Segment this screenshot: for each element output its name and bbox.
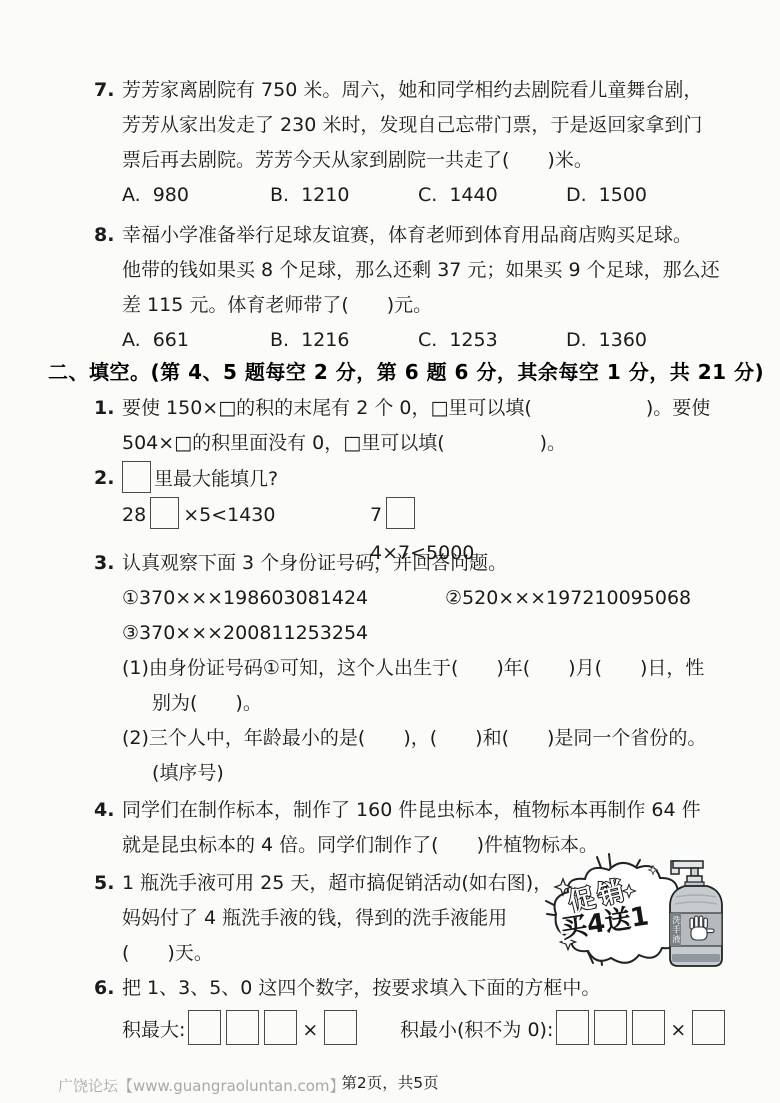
fill-question-1: 1. 要使 150×□的积的末尾有 2 个 0，□里可以填( )。要使 504×… (122, 391, 710, 461)
fill-q3-intro: 认真观察下面 3 个身份证号码，并回答问题。 (122, 546, 706, 581)
question-8-number: 8. (94, 218, 114, 253)
fill-question-3-number: 3. (94, 546, 114, 581)
q7-option-c: C.1440 (418, 178, 566, 213)
q7-option-d-value: 1500 (599, 184, 647, 206)
bottle-label-text: 洗手液 (671, 915, 681, 944)
soap-bottle-icon: 洗手液 (670, 861, 722, 966)
fill-question-6: 6. 把 1、3、5、0 这四个数字，按要求填入下面的方框中。 积最大:× 积最… (122, 971, 600, 1051)
fill-question-3: 3. 认真观察下面 3 个身份证号码，并回答问题。 ①370×××1986030… (122, 546, 706, 791)
fill-q3-id-row: ①370×××198603081424 ②520×××197210095068 (122, 581, 706, 616)
blank-box (386, 497, 415, 529)
pump-arm (673, 861, 703, 868)
q8-option-d-label: D. (566, 329, 587, 351)
fill-question-5: 5. 1 瓶洗手液可用 25 天，超市搞促销活动(如右图)， 妈妈付了 4 瓶洗… (122, 866, 552, 971)
times-sign: × (302, 1009, 318, 1051)
q8-option-b: B.1216 (270, 323, 418, 358)
blank-box (264, 1010, 297, 1045)
q7-option-d-label: D. (566, 184, 587, 206)
fill-q3-sub2-line2: (填序号) (122, 756, 706, 791)
q8-option-d-value: 1360 (599, 329, 647, 351)
fill-q2-prompt-text: 里最大能填几? (154, 468, 278, 490)
blank-box (632, 1010, 665, 1045)
q8-option-b-label: B. (270, 329, 289, 351)
fill-q1-line-2: 504×□的积里面没有 0，□里可以填( )。 (122, 426, 710, 461)
fill-question-1-number: 1. (94, 391, 114, 426)
question-7-options: A.980 B.1210 C.1440 D.1500 (122, 178, 714, 213)
id-number-3: ③370×××200811253254 (122, 616, 706, 651)
q7-option-b-value: 1210 (301, 184, 349, 206)
q7-option-b: B.1210 (270, 178, 418, 213)
q7-option-a-label: A. (122, 184, 141, 206)
page-number: 第2页，共5页 (0, 1071, 780, 1093)
q8-option-a-value: 661 (153, 329, 189, 351)
blank-box (594, 1010, 627, 1045)
blank-box (150, 497, 179, 529)
question-8-options: A.661 B.1216 C.1253 D.1360 (122, 323, 720, 358)
fill-question-2-number: 2. (94, 461, 114, 496)
fill-q2-expression-1: 28×5<1430 (122, 504, 275, 526)
fill-q4-line-1: 同学们在制作标本，制作了 160 件昆虫标本，植物标本再制作 64 件 (122, 793, 701, 828)
fill-q5-line-1: 1 瓶洗手液可用 25 天，超市搞促销活动(如右图)， (122, 866, 552, 901)
q8-option-c-label: C. (418, 329, 437, 351)
expr1-prefix: 28 (122, 504, 146, 526)
expr1-suffix: ×5<1430 (183, 504, 275, 526)
q7-option-c-label: C. (418, 184, 437, 206)
expr2-prefix: 7 (370, 504, 382, 526)
q8-option-d: D.1360 (566, 323, 714, 358)
blank-box (692, 1010, 725, 1045)
blank-box (122, 461, 151, 493)
q8-option-a: A.661 (122, 323, 270, 358)
question-7-line-2: 芳芳从家出发走了 230 米时，发现自己忘带门票，于是返回家拿到门 (122, 108, 714, 143)
max-product-label: 积最大: (122, 1019, 185, 1041)
q8-option-c-value: 1253 (449, 329, 497, 351)
fill-q6-box-row: 积最大:× 积最小(积不为 0):× (122, 1009, 600, 1051)
min-product-label: 积最小(积不为 0): (400, 1019, 553, 1041)
fill-q5-line-3: ( )天。 (122, 936, 552, 971)
fill-q6-min-group: 积最小(积不为 0):× (400, 1009, 727, 1051)
question-8: 8. 幸福小学准备举行足球友谊赛，体育老师到体育用品商店购买足球。 他带的钱如果… (122, 218, 720, 358)
fill-q6-max-group: 积最大:× (122, 1009, 359, 1051)
fill-q1-line-1: 要使 150×□的积的末尾有 2 个 0，□里可以填( )。要使 (122, 391, 710, 426)
blank-box (556, 1010, 589, 1045)
question-8-line-2: 他带的钱如果买 8 个足球，那么还剩 37 元；如果买 9 个足球，那么还 (122, 253, 720, 288)
q8-option-a-label: A. (122, 329, 141, 351)
q8-option-b-value: 1216 (301, 329, 349, 351)
blank-box (324, 1010, 357, 1045)
q7-option-a: A.980 (122, 178, 270, 213)
pump-stem (691, 868, 698, 876)
question-7-line-1: 芳芳家离剧院有 750 米。周六，她和同学相约去剧院看儿童舞台剧， (122, 73, 714, 108)
fill-q3-sub2-line1: (2)三个人中，年龄最小的是( )，( )和( )是同一个省份的。 (122, 721, 706, 756)
fill-q2-prompt: 里最大能填几? (122, 461, 278, 496)
times-sign: × (670, 1009, 686, 1051)
bottle-bottom-band (672, 954, 720, 962)
q7-option-c-value: 1440 (449, 184, 497, 206)
q7-option-d: D.1500 (566, 178, 714, 213)
fill-q2-expressions: 28×5<1430 74×7<5000 (122, 496, 278, 534)
fill-q3-sub1-line2: 别为( )。 (122, 686, 706, 721)
fill-q5-line-2: 妈妈付了 4 瓶洗手液的钱，得到的洗手液能用 (122, 901, 552, 936)
fill-q3-sub1-line1: (1)由身份证号码①可知，这个人出生于( )年( )月( )日，性 (122, 651, 706, 686)
id-number-2: ②520×××197210095068 (445, 581, 691, 616)
blank-box (188, 1010, 221, 1045)
q8-option-c: C.1253 (418, 323, 566, 358)
id-number-1: ①370×××198603081424 (122, 587, 368, 609)
section-2-heading: 二、填空。(第 4、5 题每空 2 分，第 6 题 6 分，其余每空 1 分，共… (48, 356, 764, 385)
question-8-line-1: 幸福小学准备举行足球友谊赛，体育老师到体育用品商店购买足球。 (122, 218, 720, 253)
question-7-line-3: 票后再去剧院。芳芳今天从家到剧院一共走了( )米。 (122, 143, 714, 178)
fill-question-5-number: 5. (94, 866, 114, 901)
fill-q6-line-1: 把 1、3、5、0 这四个数字，按要求填入下面的方框中。 (122, 971, 600, 1006)
fill-question-6-number: 6. (94, 971, 114, 1006)
q7-option-b-label: B. (270, 184, 289, 206)
question-7: 7. 芳芳家离剧院有 750 米。周六，她和同学相约去剧院看儿童舞台剧， 芳芳从… (122, 73, 714, 213)
fill-question-4-number: 4. (94, 793, 114, 828)
question-7-number: 7. (94, 73, 114, 108)
q7-option-a-value: 980 (153, 184, 189, 206)
promo-illustration: 促销 买4送1 洗手液 (543, 851, 729, 975)
fill-question-2: 2. 里最大能填几? 28×5<1430 74×7<5000 (122, 461, 278, 534)
question-8-line-3: 差 115 元。体育老师带了( )元。 (122, 288, 720, 323)
blank-box (226, 1010, 259, 1045)
